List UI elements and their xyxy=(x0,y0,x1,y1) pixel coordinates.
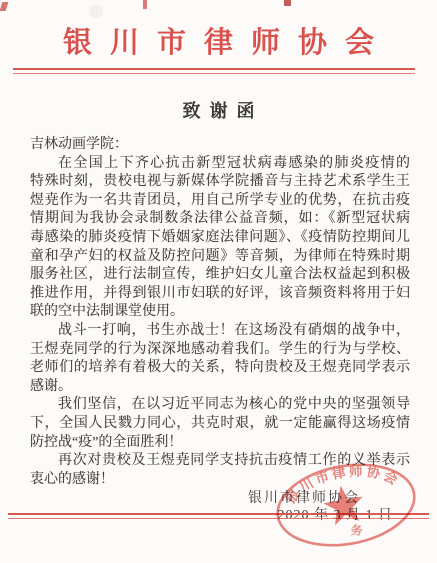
body-line: 老师们的培养有着极大的关系，特向贵校及王煜尭同学表示 xyxy=(30,359,410,378)
body-line: 防控战“疫”的全面胜利！ xyxy=(30,434,410,453)
letter-body: 吉林动画学院： 在全国上下齐心抗击新型冠状病毒感染的肺炎疫情的特殊时刻，贵校电视… xyxy=(30,136,410,489)
body-line: 童和孕产妇的权益及防控问题》等音频，为律师在特殊时期 xyxy=(30,248,410,267)
body-line: 特殊时刻，贵校电视与新媒体学院播音与主持艺术系学生王 xyxy=(30,173,410,192)
body-line: 感谢。 xyxy=(30,378,410,397)
salutation: 吉林动画学院： xyxy=(30,136,410,155)
letterhead-org-name: 银川市律师协会 xyxy=(0,20,437,61)
body-line: 情期间为我协会录制数条法律公益音频，如：《新型冠状病 xyxy=(30,210,410,229)
body-lines: 在全国上下齐心抗击新型冠状病毒感染的肺炎疫情的特殊时刻，贵校电视与新媒体学院播音… xyxy=(30,155,410,490)
body-line: 我们坚信，在以习近平同志为核心的党中央的坚强领导 xyxy=(30,396,410,415)
scan-artifact-mark xyxy=(284,0,291,6)
body-line: 战斗一打响，书生亦战士！在这场没有硝烟的战争中， xyxy=(30,322,410,341)
body-line: 再次对贵校及王煜尭同学支持抗击疫情工作的义举表示 xyxy=(30,452,410,471)
letter-page: 银川市律师协会 致谢函 吉林动画学院： 在全国上下齐心抗击新型冠状病毒感染的肺炎… xyxy=(0,0,437,563)
body-line: 毒感染的肺炎疫情下婚姻家庭法律问题》、《疫情防控期间儿 xyxy=(30,229,410,248)
seal-bottom-text: 务 xyxy=(350,522,363,538)
body-line: 服务社区，进行法制宣传，维护妇女儿童合法权益起到积极 xyxy=(30,266,410,285)
body-line: 煜尭作为一名共青团员，用自己所学专业的优势，在抗击疫 xyxy=(30,192,410,211)
letter-title: 致谢函 xyxy=(0,97,437,123)
scan-artifact-mark xyxy=(0,2,8,11)
body-line: 推进作用，并得到银川市妇联的好评，该音频资料将用于妇 xyxy=(30,285,410,304)
letterhead-divider-line xyxy=(13,68,415,74)
body-line: 联的空中法制课堂使用。 xyxy=(30,303,410,322)
body-line: 王煜尭同学的行为深深地感动着我们。学生的行为与学校、 xyxy=(30,341,410,360)
body-line: 下，全国人民戮力同心，共克时艰，就一定能赢得这场疫情 xyxy=(30,415,410,434)
footer-divider-line xyxy=(8,513,429,519)
scan-artifact-mark xyxy=(143,0,147,9)
body-line: 在全国上下齐心抗击新型冠状病毒感染的肺炎疫情的 xyxy=(30,155,410,174)
